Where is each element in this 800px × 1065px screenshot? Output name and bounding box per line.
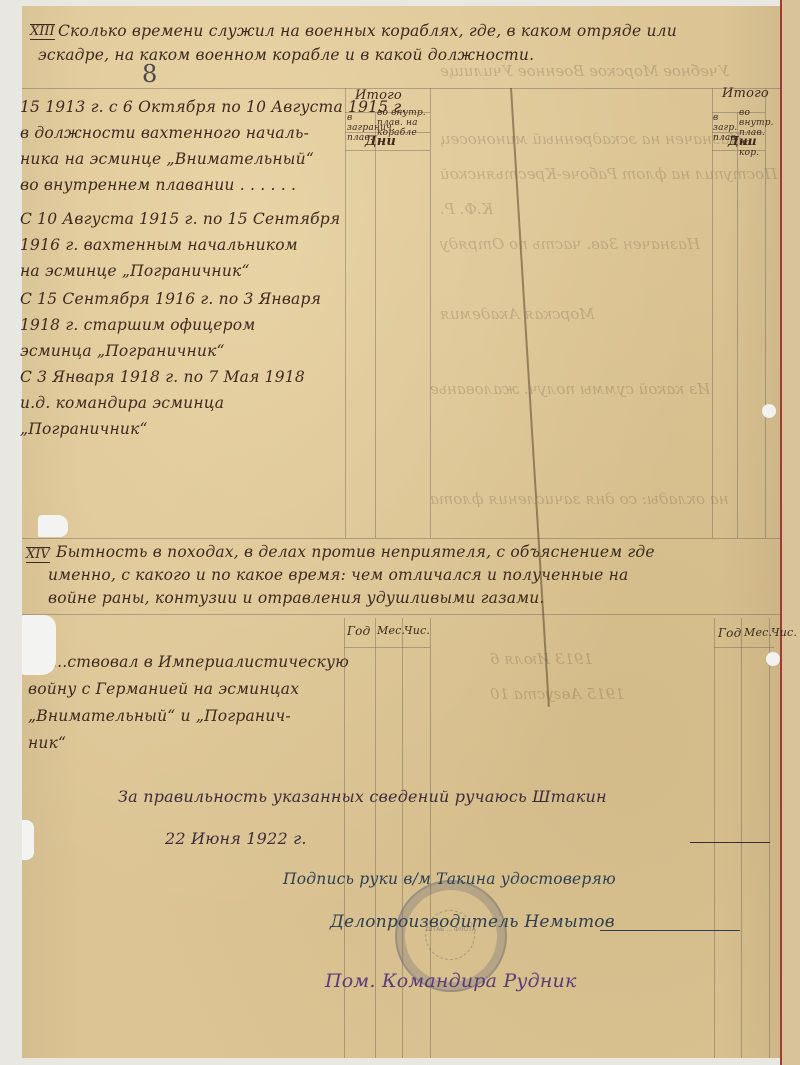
service-entry-line: во внутреннем плавании . . . . . . — [20, 176, 296, 194]
service-entry-line: „Пограничник“ — [20, 420, 148, 438]
bleed-through-text: К.Ф. Р. — [440, 200, 493, 218]
service-entry-line: С 15 Сентября 1916 г. по 3 Января — [20, 290, 321, 308]
table-col-divider — [345, 88, 346, 538]
service-entry-line: ника на эсминце „Внимательный“ — [20, 150, 314, 168]
service-entry-line: в должности вахтенного началь- — [20, 124, 309, 142]
table-header-rule — [345, 150, 430, 151]
punch-hole — [762, 404, 776, 418]
service-entry-line: С 10 Августа 1915 г. по 15 Сентября — [20, 210, 340, 228]
verification-line: Подпись руки в/м Такина удостоверяю — [283, 870, 616, 888]
col-header-year-right: Год — [718, 626, 741, 640]
service-entry-line: 15 1913 г. с 6 Октября по 10 Августа 191… — [20, 98, 407, 116]
section-number-xiii: XIII — [30, 24, 55, 40]
table-col-divider — [741, 618, 742, 1058]
bleed-through-text: Морская Академия — [440, 305, 595, 323]
campaign-entry-line: „Внимательный“ и „Погранич- — [28, 707, 291, 725]
table-col-divider — [375, 618, 376, 1058]
col-header-month-left: Мес. — [377, 624, 405, 637]
totals-header-title-right: Итого — [722, 86, 769, 101]
bleed-through-text: Поступил на флот Рабоче-Крестьянской — [440, 165, 777, 183]
bleed-through-text: Учебное Морское Военное Училище — [440, 62, 729, 80]
section-number-xiv: XIV — [26, 547, 50, 563]
table-col-divider — [737, 112, 738, 538]
table-col-divider — [344, 618, 345, 1058]
col-header-day-left: Чис. — [404, 624, 430, 637]
totals-header-sub-right: Дни — [728, 134, 757, 148]
col-header-day-right: Чис. — [771, 626, 797, 639]
campaign-entry-line: ник“ — [28, 734, 66, 752]
table-header-rule — [714, 647, 774, 648]
totals-header-col2-right: во внутр. плав. на кор. — [739, 108, 769, 158]
signature-flourish — [600, 930, 740, 931]
service-entry-line: 1918 г. старшим офицером — [20, 316, 255, 334]
col-header-month-right: Мес. — [744, 626, 772, 639]
service-entry-line: С 3 Января 1918 г. по 7 Мая 1918 — [20, 368, 305, 386]
bleed-through-text: Из какой суммы получ. жалованье — [430, 380, 710, 398]
certification-date: 22 Июня 1922 г. — [165, 829, 307, 848]
table-col-divider — [712, 88, 713, 538]
service-entry-line: 1916 г. вахтенным начальником — [20, 236, 298, 254]
page-mark: 8 — [142, 60, 157, 88]
signatory-asst-commander: Пом. Командира Рудник — [325, 970, 577, 992]
campaign-entry-line: ...ствовал в Империалистическую — [52, 653, 349, 671]
service-entry-line: на эсминце „Пограничник“ — [20, 262, 250, 280]
service-entry-line: и.д. командира эсминца — [20, 394, 224, 412]
bleed-through-text: Назначен Зав. часть по Отряду — [440, 235, 700, 253]
campaign-entry-line: войну с Германией на эсминцах — [28, 680, 299, 698]
paper-tear — [38, 515, 68, 537]
table-col-divider — [769, 618, 770, 1058]
bleed-through-text: 1915 Августа 10 — [490, 685, 625, 703]
totals-header-sub-left: Дни — [365, 134, 396, 149]
bleed-through-text: Назначен на эскадренный миноносец — [440, 130, 742, 148]
section-xiii-question-line-2: эскадре, на каком военном корабле и в ка… — [38, 46, 534, 64]
table-col-divider — [714, 618, 715, 1058]
table-header-rule — [344, 647, 430, 648]
punch-hole — [766, 652, 780, 666]
binding-edge — [780, 0, 800, 1065]
section-xiii-question-line-1: Сколько времени служил на военных корабл… — [58, 22, 677, 40]
table-top-rule — [22, 614, 780, 615]
paper-tear — [22, 615, 56, 675]
col-header-year-left: Год — [347, 624, 370, 638]
signature-flourish — [690, 842, 770, 843]
certification-statement: За правильность указанных сведений ручаю… — [118, 787, 607, 806]
paper-tear — [22, 820, 34, 860]
section-xiv-question-line-1: Бытность в походах, в делах против непри… — [56, 543, 655, 561]
section-xiv-question-line-3: войне раны, контузии и отравления удушли… — [48, 589, 545, 607]
table-col-divider — [375, 112, 376, 538]
table-col-divider — [402, 618, 403, 1058]
signatory-clerk: Делопроизводитель Немытов — [330, 912, 615, 932]
table-bottom-rule — [22, 538, 780, 539]
bleed-through-text: на оклады: со дня зачисления флота — [430, 490, 729, 508]
bleed-through-text: 1913 Июля 6 — [490, 650, 593, 668]
table-col-divider — [430, 618, 431, 1058]
table-col-divider — [430, 88, 431, 538]
service-entry-line: эсминца „Пограничник“ — [20, 342, 225, 360]
